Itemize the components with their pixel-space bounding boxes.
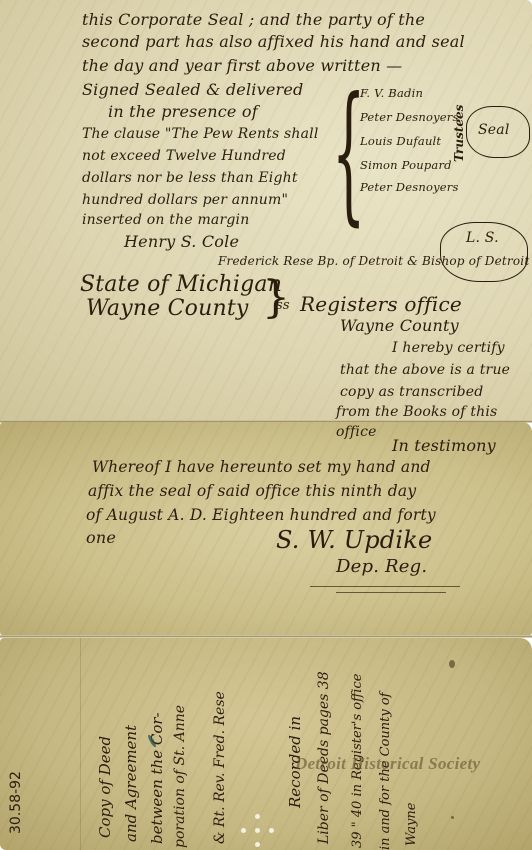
flourish-line xyxy=(310,586,460,587)
signatory: Louis Dufault xyxy=(360,134,441,148)
registrar-title: Dep. Reg. xyxy=(336,556,427,577)
ss-label: ss xyxy=(276,298,290,313)
office-line: I hereby certify xyxy=(392,340,505,356)
docket-line: poration of St. Anne xyxy=(172,705,188,848)
clause-line: not exceed Twelve Hundred xyxy=(82,148,286,164)
docket-line: Copy of Deed xyxy=(96,736,114,838)
ink-stain xyxy=(449,660,455,668)
signatory: Peter Desnoyers xyxy=(360,180,459,194)
clause-line: hundred dollars per annum" xyxy=(82,192,288,208)
text-line: this Corporate Seal ; and the party of t… xyxy=(82,10,425,29)
punch-hole xyxy=(255,828,260,833)
testimony-line: affix the seal of said office this ninth… xyxy=(88,482,416,500)
top-panel: this Corporate Seal ; and the party of t… xyxy=(0,0,532,422)
docket-line: between the Cor- xyxy=(148,712,166,844)
docket-line: and Agreement xyxy=(122,725,140,842)
trustees-label: Trustees xyxy=(452,105,466,162)
clause-line: inserted on the margin xyxy=(82,212,249,228)
document-scan: this Corporate Seal ; and the party of t… xyxy=(0,0,532,850)
ink-stain xyxy=(451,816,454,819)
brace-icon: { xyxy=(332,78,365,228)
bishop-signature: Frederick Rese Bp. of Detroit & Bishop o… xyxy=(218,254,529,268)
seal-label: Seal xyxy=(478,122,510,138)
ls-seal-label: L. S. xyxy=(466,230,499,246)
flourish-line xyxy=(336,592,446,593)
testimony-line: one xyxy=(86,528,116,547)
registrar-signature: S. W. Updike xyxy=(276,526,432,554)
office-line: office xyxy=(336,424,377,440)
office-line: that the above is a true xyxy=(340,362,510,378)
bottom-panel: 30.58-92 Copy of Deed and Agreement betw… xyxy=(0,638,532,850)
text-line: second part has also affixed his hand an… xyxy=(82,32,465,51)
punch-hole xyxy=(269,828,274,833)
state-heading: State of Michigan xyxy=(80,272,282,297)
county-heading: Wayne County xyxy=(86,296,249,321)
text-line: in the presence of xyxy=(108,102,258,121)
office-line: copy as transcribed xyxy=(340,384,483,400)
recording-line: Wayne xyxy=(404,803,419,846)
office-line: Wayne County xyxy=(340,316,459,335)
middle-panel: office In testimony Whereof I have hereu… xyxy=(0,422,532,636)
signatory: Peter Desnoyers xyxy=(360,110,459,124)
text-line: Signed Sealed & delivered xyxy=(82,80,303,99)
signatory: Simon Poupard xyxy=(360,158,452,172)
testimony-line: of August A. D. Eighteen hundred and for… xyxy=(86,506,436,524)
punch-hole xyxy=(241,828,246,833)
catalog-number: 30.58-92 xyxy=(8,771,24,834)
witness-signature: Henry S. Cole xyxy=(124,232,239,251)
watermark: Detroit Historical Society xyxy=(295,754,480,774)
office-line: from the Books of this xyxy=(336,404,497,420)
clause-line: dollars nor be less than Eight xyxy=(82,170,298,186)
clause-line: The clause "The Pew Rents shall xyxy=(82,126,319,142)
punch-hole xyxy=(255,842,260,847)
testimony-line: Whereof I have hereunto set my hand and xyxy=(92,458,431,476)
testimony-line: In testimony xyxy=(392,436,496,455)
punch-hole xyxy=(255,814,260,819)
signatory: F. V. Badin xyxy=(360,86,423,100)
office-line: Registers office xyxy=(300,292,462,316)
margin-rule xyxy=(80,638,81,850)
docket-line: & Rt. Rev. Fred. Rese xyxy=(212,691,228,844)
